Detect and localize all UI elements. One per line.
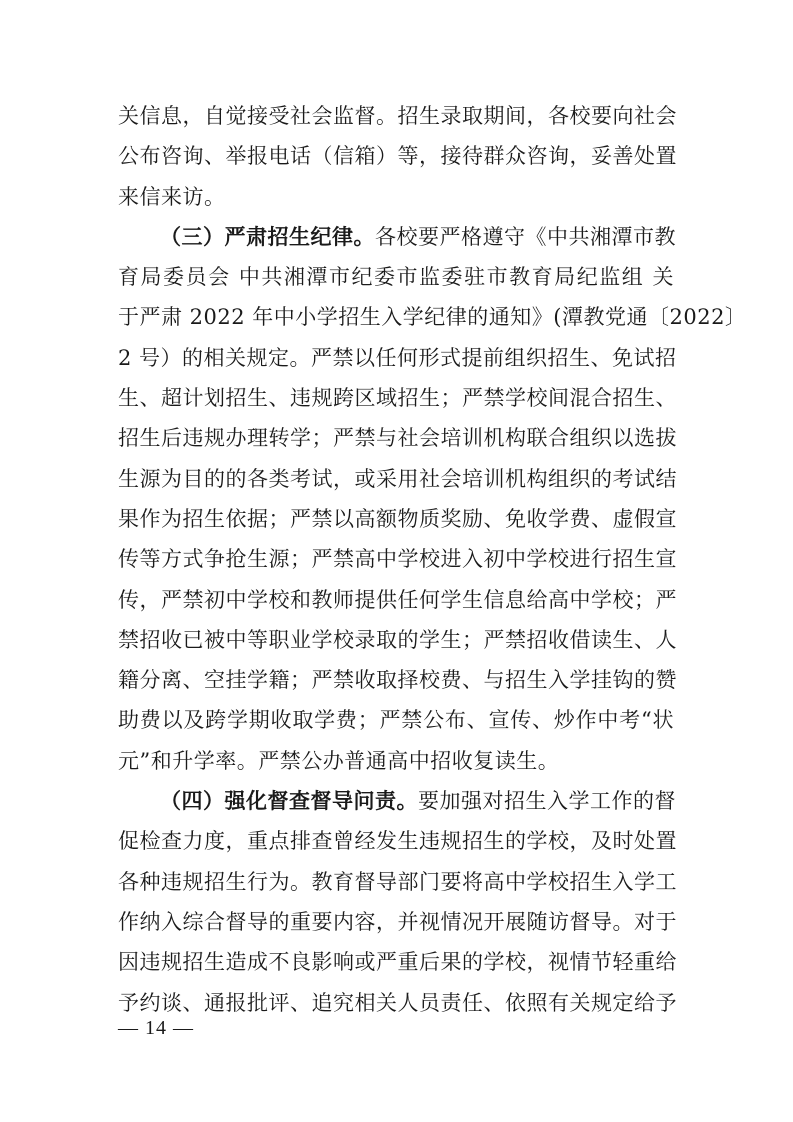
- text-line: 来信来访。: [118, 177, 674, 217]
- section-heading: （四）强化督查督导问责。: [160, 789, 418, 813]
- text-line: 生、超计划招生、违规跨区域招生；严禁学校间混合招生、: [118, 378, 674, 418]
- text-line: 生源为目的的各类考试，或采用社会培训机构组织的考试结: [118, 459, 674, 499]
- text-line: 助费以及跨学期收取学费；严禁公布、宣传、炒作中考“状: [118, 700, 674, 740]
- text-line: 传，严禁初中学校和教师提供任何学生信息给高中学校；严: [118, 580, 674, 620]
- text-line: 元”和升学率。严禁公办普通高中招收复读生。: [118, 741, 674, 781]
- text-line: 于严肃 2022 年中小学招生入学纪律的通知》(潭教党通〔2022〕: [118, 297, 674, 337]
- text-line: 因违规招生造成不良影响或严重后果的学校，视情节轻重给: [118, 942, 674, 982]
- section-heading: （三）严肃招生纪律。: [160, 225, 375, 249]
- text-line: 予约谈、通报批评、追究相关人员责任、依照有关规定给予: [118, 983, 674, 1023]
- text-line: 籍分离、空挂学籍；严禁收取择校费、与招生入学挂钩的赞: [118, 660, 674, 700]
- text-line: 育局委员会 中共湘潭市纪委市监委驻市教育局纪监组 关: [118, 257, 674, 297]
- text-line: 传等方式争抢生源；严禁高中学校进入初中学校进行招生宣: [118, 539, 674, 579]
- text-line: 招生后违规办理转学；严禁与社会培训机构联合组织以选拔: [118, 418, 674, 458]
- text-line: 关信息，自觉接受社会监督。招生录取期间，各校要向社会: [118, 96, 674, 136]
- document-page: 关信息，自觉接受社会监督。招生录取期间，各校要向社会 公布咨询、举报电话（信箱）…: [118, 96, 674, 1023]
- text-line: 作纳入综合督导的重要内容，并视情况开展随访督导。对于: [118, 902, 674, 942]
- text-line: 2 号）的相关规定。严禁以任何形式提前组织招生、免试招: [118, 338, 674, 378]
- text-line: 果作为招生依据；严禁以高额物质奖励、免收学费、虚假宣: [118, 499, 674, 539]
- text-line: 促检查力度，重点排查曾经发生违规招生的学校，及时处置: [118, 821, 674, 861]
- text-line: 禁招收已被中等职业学校录取的学生；严禁招收借读生、人: [118, 620, 674, 660]
- text-run: 要加强对招生入学工作的督: [418, 789, 676, 813]
- page-number: — 14 —: [118, 1017, 194, 1040]
- text-run: 各校要严格遵守《中共湘潭市教: [375, 225, 676, 249]
- section-three-heading-line: （三）严肃招生纪律。各校要严格遵守《中共湘潭市教: [118, 217, 674, 257]
- text-line: 公布咨询、举报电话（信箱）等，接待群众咨询，妥善处置: [118, 136, 674, 176]
- text-line: 各种违规招生行为。教育督导部门要将高中学校招生入学工: [118, 862, 674, 902]
- section-four-heading-line: （四）强化督查督导问责。要加强对招生入学工作的督: [118, 781, 674, 821]
